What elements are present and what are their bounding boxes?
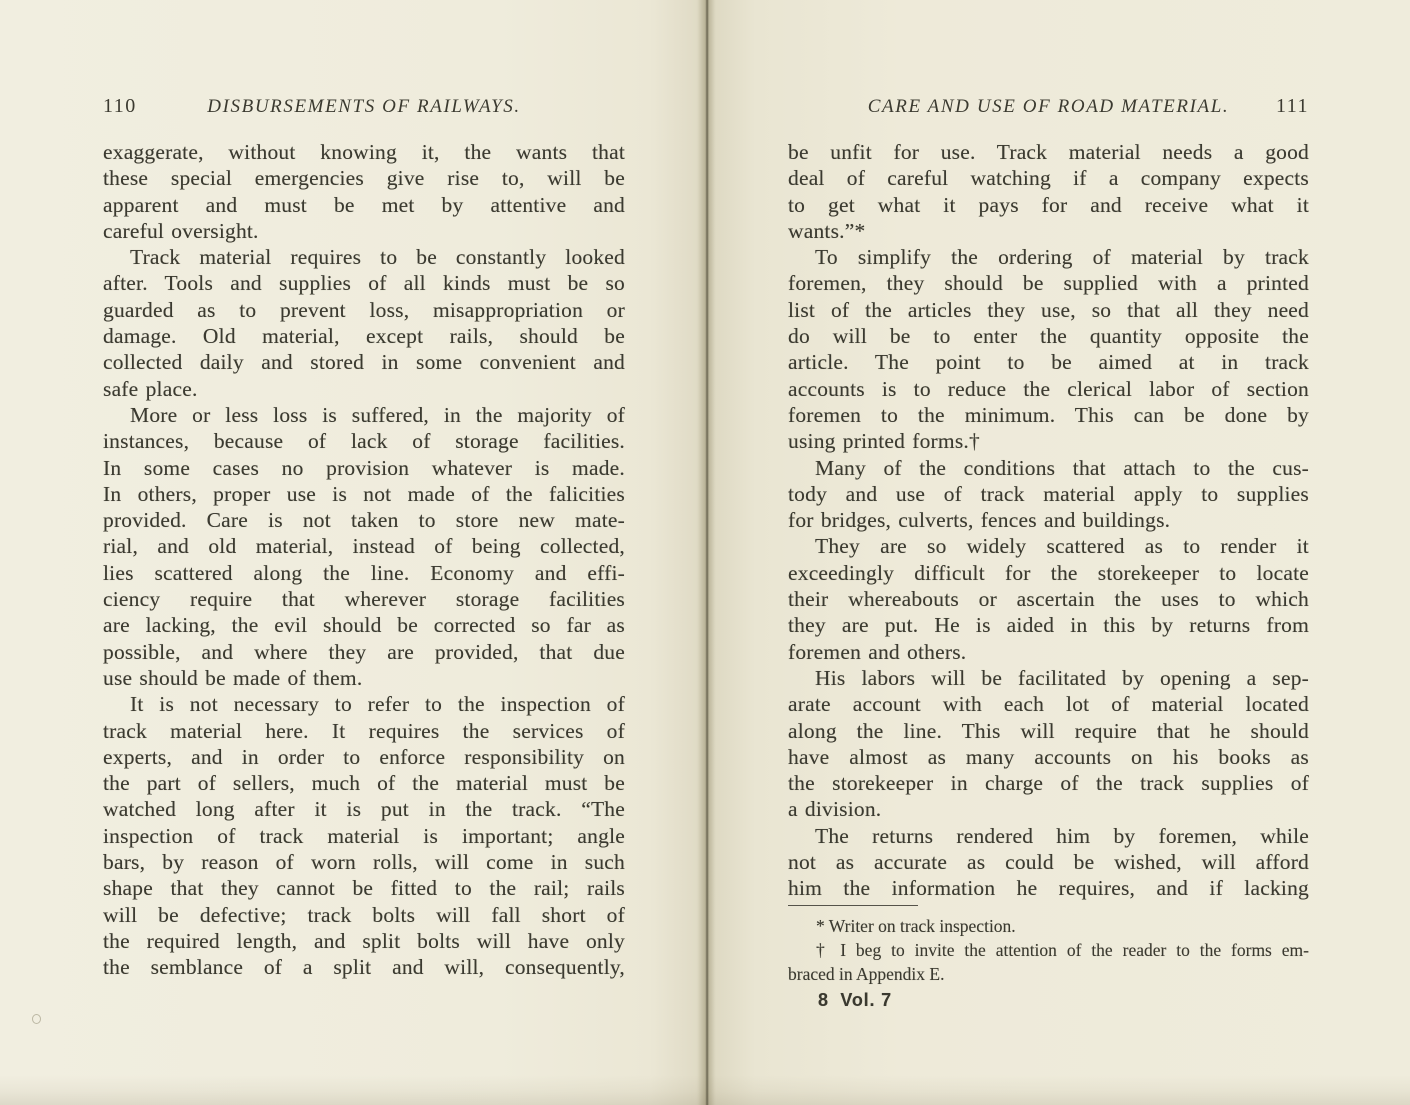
text-line: careful oversight. <box>103 218 625 244</box>
text-line: arate account with each lot of material … <box>788 691 1309 717</box>
text-line: use should be made of them. <box>103 665 625 691</box>
text-line: exaggerate, without knowing it, the want… <box>103 139 625 165</box>
text-line: the part of sellers, much of the materia… <box>103 770 625 796</box>
text-line: the required length, and split bolts wil… <box>103 928 625 954</box>
text-line: will be defective; track bolts will fall… <box>103 902 625 928</box>
text-line: him the information he requires, and if … <box>788 875 1309 901</box>
text-line: In others, proper use is not made of the… <box>103 481 625 507</box>
text-line: be unfit for use. Track material needs a… <box>788 139 1309 165</box>
text-line: foremen, they should be supplied with a … <box>788 270 1309 296</box>
text-line: have almost as many accounts on his book… <box>788 744 1309 770</box>
text-line: shape that they cannot be fitted to the … <box>103 875 625 901</box>
text-line: lies scattered along the line. Economy a… <box>103 560 625 586</box>
text-line: instances, because of lack of storage fa… <box>103 428 625 454</box>
text-line: ciency require that wherever storage fac… <box>103 586 625 612</box>
text-line: watched long after it is put in the trac… <box>103 796 625 822</box>
right-page: CARE AND USE OF ROAD MATERIAL. 111 be un… <box>706 0 1410 1105</box>
text-line: to get what it pays for and receive what… <box>788 192 1309 218</box>
text-line: are lacking, the evil should be correcte… <box>103 612 625 638</box>
text-line: experts, and in order to enforce respons… <box>103 744 625 770</box>
text-line: damage. Old material, except rails, shou… <box>103 323 625 349</box>
text-line: along the line. This will require that h… <box>788 718 1309 744</box>
footnote-line: * Writer on track inspection. <box>788 915 1309 939</box>
text-line: after. Tools and supplies of all kinds m… <box>103 270 625 296</box>
text-line: collected daily and stored in some conve… <box>103 349 625 375</box>
text-line: More or less loss is suffered, in the ma… <box>103 402 625 428</box>
text-line: the semblance of a split and will, conse… <box>103 954 625 980</box>
left-running-head-title: DISBURSEMENTS OF RAILWAYS. <box>103 96 625 118</box>
text-line: do will be to enter the quantity opposit… <box>788 323 1309 349</box>
paper-speck <box>32 1014 41 1024</box>
text-line: They are so widely scattered as to rende… <box>788 533 1309 559</box>
right-running-header: CARE AND USE OF ROAD MATERIAL. 111 <box>788 96 1309 122</box>
text-line: guarded as to prevent loss, misappropria… <box>103 297 625 323</box>
text-line: Many of the conditions that attach to th… <box>788 455 1309 481</box>
text-line: safe place. <box>103 376 625 402</box>
text-line: rial, and old material, instead of being… <box>103 533 625 559</box>
left-running-header: 110 DISBURSEMENTS OF RAILWAYS. <box>103 96 625 122</box>
footnote-rule <box>788 905 918 906</box>
text-line: apparent and must be met by attentive an… <box>103 192 625 218</box>
text-line: bars, by reason of worn rolls, will come… <box>103 849 625 875</box>
text-line: for bridges, culverts, fences and buildi… <box>788 507 1309 533</box>
book-spread: 110 DISBURSEMENTS OF RAILWAYS. exaggerat… <box>0 0 1410 1105</box>
text-line: Track material requires to be constantly… <box>103 244 625 270</box>
text-line: possible, and where they are provided, t… <box>103 639 625 665</box>
left-page: 110 DISBURSEMENTS OF RAILWAYS. exaggerat… <box>0 0 706 1105</box>
text-line: tody and use of track material apply to … <box>788 481 1309 507</box>
text-line: foremen to the minimum. This can be done… <box>788 402 1309 428</box>
text-line: It is not necessary to refer to the insp… <box>103 691 625 717</box>
text-line: these special emergencies give rise to, … <box>103 165 625 191</box>
text-line: their whereabouts or ascertain the uses … <box>788 586 1309 612</box>
text-line: His labors will be facilitated by openin… <box>788 665 1309 691</box>
footnote-line: braced in Appendix E. <box>788 963 1309 987</box>
right-text-block: be unfit for use. Track material needs a… <box>788 139 1309 902</box>
text-line: foremen and others. <box>788 639 1309 665</box>
text-line: wants.”* <box>788 218 1309 244</box>
footnote-line: † I beg to invite the attention of the r… <box>788 939 1309 963</box>
right-page-number: 111 <box>1276 95 1309 118</box>
text-line: a division. <box>788 796 1309 822</box>
text-line: To simplify the ordering of material by … <box>788 244 1309 270</box>
left-page-number: 110 <box>103 95 137 118</box>
text-line: list of the articles they use, so that a… <box>788 297 1309 323</box>
footnote-lines: * Writer on track inspection.† I beg to … <box>788 915 1309 986</box>
text-line: they are put. He is aided in this by ret… <box>788 612 1309 638</box>
text-line: In some cases no provision whatever is m… <box>103 455 625 481</box>
text-line: track material here. It requires the ser… <box>103 718 625 744</box>
text-line: article. The point to be aimed at in tra… <box>788 349 1309 375</box>
footnote-block: * Writer on track inspection.† I beg to … <box>788 901 1309 1013</box>
right-running-head-title: CARE AND USE OF ROAD MATERIAL. <box>788 96 1309 118</box>
text-line: not as accurate as could be wished, will… <box>788 849 1309 875</box>
text-line: exceedingly difficult for the storekeepe… <box>788 560 1309 586</box>
text-line: deal of careful watching if a company ex… <box>788 165 1309 191</box>
text-line: accounts is to reduce the clerical labor… <box>788 376 1309 402</box>
text-line: provided. Care is not taken to store new… <box>103 507 625 533</box>
left-text-block: exaggerate, without knowing it, the want… <box>103 139 625 981</box>
text-line: the storekeeper in charge of the track s… <box>788 770 1309 796</box>
book-spine-gutter <box>698 0 716 1105</box>
text-line: inspection of track material is importan… <box>103 823 625 849</box>
text-line: using printed forms.† <box>788 428 1309 454</box>
text-line: The returns rendered him by foremen, whi… <box>788 823 1309 849</box>
printers-signature: 8 Vol. 7 <box>788 989 1309 1013</box>
